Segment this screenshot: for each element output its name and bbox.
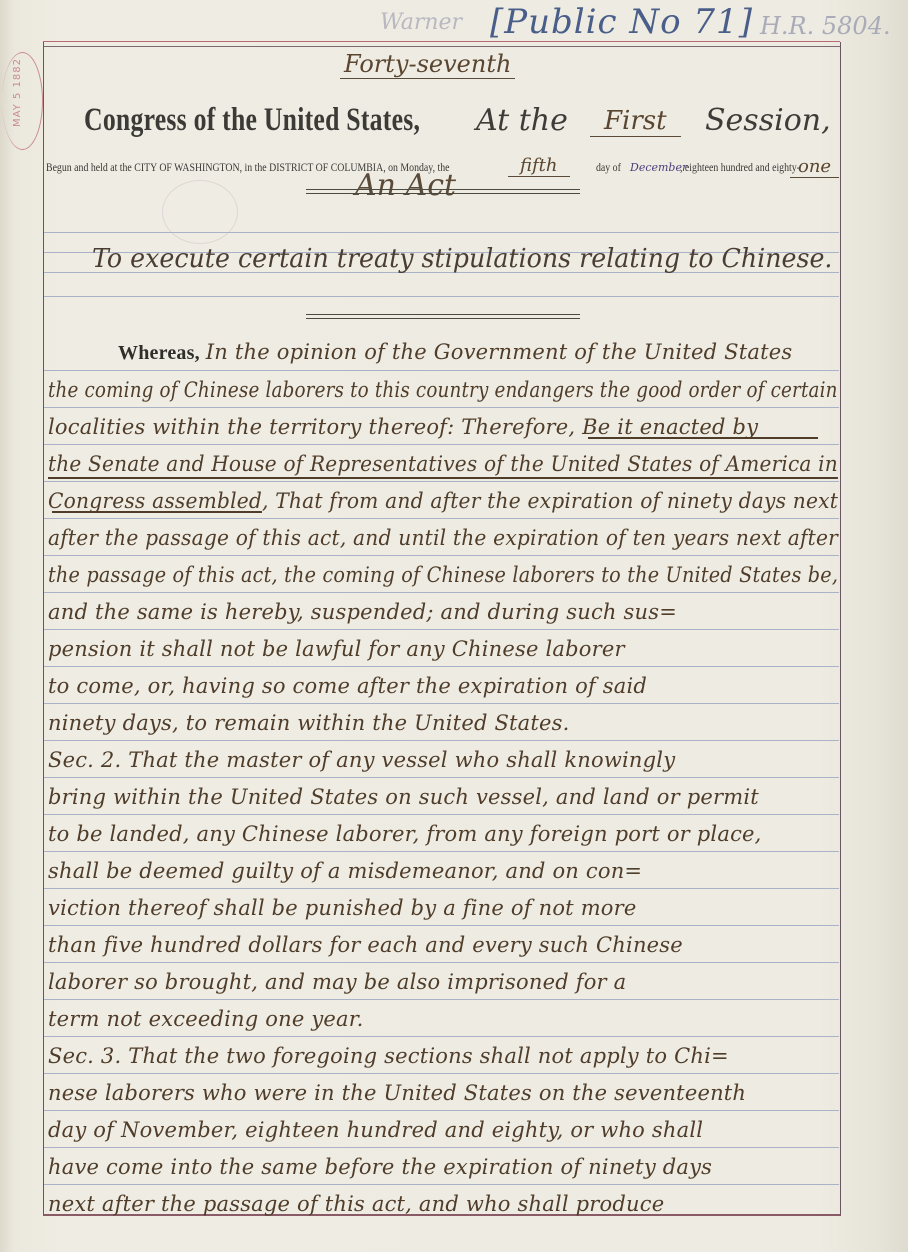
session-ordinal: First — [590, 106, 681, 137]
ruled-line — [44, 407, 839, 408]
session-label: Session, — [705, 103, 831, 138]
body-line-enacting: the Senate and House of Representatives … — [48, 452, 838, 476]
bill-number: H.R. 5804. — [760, 12, 891, 40]
body-line: have come into the same before the expir… — [48, 1155, 712, 1179]
year-fill: one — [790, 156, 839, 178]
ruled-line — [44, 555, 839, 556]
double-rule-top — [306, 189, 580, 194]
ruled-line — [44, 232, 839, 233]
body-line: viction thereof shall be punished by a f… — [48, 896, 637, 920]
ruled-line — [44, 518, 839, 519]
ruled-line — [44, 1184, 839, 1185]
body-line: localities within the territory thereof:… — [48, 415, 758, 439]
section-3-start: Sec. 3. That the two foregoing sections … — [48, 1044, 729, 1068]
body-line: to be landed, any Chinese laborer, from … — [48, 822, 762, 846]
ruled-line — [44, 925, 839, 926]
at-the-label: At the — [476, 103, 568, 138]
day-of-label: day of — [596, 160, 621, 175]
received-stamp: MAY 5 1882 — [12, 58, 23, 127]
body-line: nese laborers who were in the United Sta… — [48, 1081, 746, 1105]
body-line: the coming of Chinese laborers to this c… — [48, 378, 838, 402]
printed-heading: Congress of the United States, — [84, 102, 420, 139]
ruled-line — [44, 1110, 839, 1111]
ruled-line — [44, 481, 839, 482]
body-line: than five hundred dollars for each and e… — [48, 933, 683, 957]
congress-number: Forty-seventh — [340, 50, 515, 79]
ruled-line — [44, 999, 839, 1000]
ruled-line — [44, 629, 839, 630]
ruled-line — [44, 370, 839, 371]
year-text: , eighteen hundred and eighty- — [680, 160, 800, 175]
body-line: shall be deemed guilty of a misdemeanor,… — [48, 859, 642, 883]
public-law-number: [Public No 71] — [490, 2, 753, 42]
body-line: to come, or, having so come after the ex… — [48, 674, 647, 698]
ruled-line — [44, 1147, 839, 1148]
body-line: next after the passage of this act, and … — [48, 1192, 664, 1216]
ruled-line — [44, 777, 839, 778]
ruled-line — [44, 296, 839, 297]
whereas-label: Whereas, — [118, 342, 200, 364]
an-act-label: An Act — [355, 168, 456, 203]
ruled-line — [44, 851, 839, 852]
body-line: laborer so brought, and may be also impr… — [48, 970, 626, 994]
ruled-line — [44, 592, 839, 593]
month-fill: December — [630, 161, 687, 174]
body-line: Whereas,In the opinion of the Government… — [118, 340, 792, 365]
ruled-line — [44, 666, 839, 667]
body-line: the passage of this act, the coming of C… — [48, 563, 838, 587]
body-line: and the same is hereby, suspended; and d… — [48, 600, 677, 624]
ruled-line — [44, 962, 839, 963]
document-page: Warner [Public No 71] H.R. 5804. MAY 5 1… — [0, 0, 908, 1252]
section-2-start: Sec. 2. That the master of any vessel wh… — [48, 748, 675, 772]
ruled-line — [44, 1036, 839, 1037]
ruled-line — [44, 814, 839, 815]
body-line: after the passage of this act, and until… — [48, 526, 838, 550]
embossed-seal — [162, 180, 238, 244]
double-rule-bottom — [306, 314, 580, 319]
clerk-name: Warner — [380, 10, 462, 35]
ruled-line — [44, 888, 839, 889]
ruled-line — [44, 740, 839, 741]
ruled-line — [44, 1073, 839, 1074]
body-line: term not exceeding one year. — [48, 1007, 364, 1031]
ruled-line — [44, 444, 839, 445]
body-line: ninety days, to remain within the United… — [48, 711, 570, 735]
enacting-underline-1 — [588, 437, 818, 439]
ruled-line — [44, 703, 839, 704]
body-line: bring within the United States on such v… — [48, 785, 759, 809]
body-line: pension it shall not be lawful for any C… — [48, 637, 625, 661]
day-fill: fifth — [508, 155, 570, 177]
body-line: day of November, eighteen hundred and ei… — [48, 1118, 703, 1142]
enacting-underline-3 — [52, 511, 262, 513]
act-title: To execute certain treaty stipulations r… — [92, 244, 832, 274]
body-line-enacting-end: Congress assembled, That from and after … — [48, 489, 838, 513]
